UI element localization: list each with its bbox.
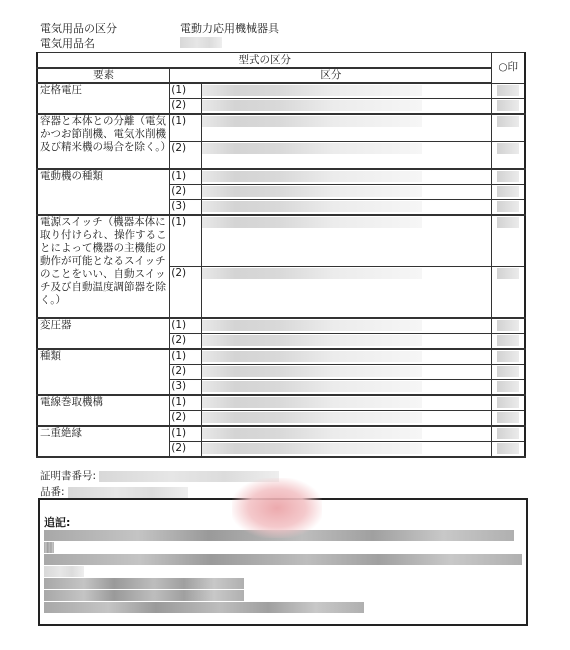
table-row: 二重絶縁(1) xyxy=(37,426,525,442)
item-number: (2) xyxy=(170,267,202,319)
item-number: (2) xyxy=(170,411,202,427)
mark-cell xyxy=(492,267,525,319)
category-value: 電動力応用機械器具 xyxy=(180,20,279,36)
element-cell: 電線巻取機構 xyxy=(37,395,170,426)
element-column-header: 要素 xyxy=(37,68,170,83)
division-value-redacted xyxy=(202,267,492,319)
mark-cell xyxy=(492,169,525,185)
division-value-redacted xyxy=(202,365,492,380)
item-number: (1) xyxy=(170,169,202,185)
item-number: (1) xyxy=(170,426,202,442)
mark-cell xyxy=(492,411,525,427)
division-value-redacted xyxy=(202,83,492,99)
mark-cell xyxy=(492,334,525,350)
division-value-redacted xyxy=(202,185,492,200)
table-row: 容器と本体との分離（電気かつお節削機、電気氷削機及び精米機の場合を除く。）(1) xyxy=(37,114,525,142)
table-row: 電源スイッチ（機器本体に取り付けられ、操作することによって機器の主機能の動作が可… xyxy=(37,215,525,267)
division-value-redacted xyxy=(202,114,492,142)
item-number: (2) xyxy=(170,99,202,115)
division-value-redacted xyxy=(202,426,492,442)
element-cell: 種類 xyxy=(37,349,170,395)
seal-stamp-redacted xyxy=(232,478,322,538)
division-value-redacted xyxy=(202,142,492,170)
table-title: 型式の区分 xyxy=(37,53,492,69)
division-value-redacted xyxy=(202,395,492,411)
division-value-redacted xyxy=(202,334,492,350)
model-classification-table: 型式の区分○印要素区分定格電圧(1)(2)容器と本体との分離（電気かつお節削機、… xyxy=(36,52,526,458)
division-value-redacted xyxy=(202,200,492,216)
category-label: 電気用品の区分 xyxy=(40,20,117,36)
table-row: 定格電圧(1) xyxy=(37,83,525,99)
item-number: (2) xyxy=(170,334,202,350)
item-number: (1) xyxy=(170,318,202,334)
division-value-redacted xyxy=(202,318,492,334)
part-number-row: 品番: xyxy=(40,484,188,499)
mark-cell xyxy=(492,215,525,267)
notes-text-redacted xyxy=(44,578,244,589)
mark-cell xyxy=(492,142,525,170)
mark-cell xyxy=(492,426,525,442)
mark-cell xyxy=(492,200,525,216)
notes-text-redacted xyxy=(44,566,84,577)
item-number: (1) xyxy=(170,395,202,411)
product-name-label: 電気用品名 xyxy=(40,35,95,51)
part-number-redacted xyxy=(68,487,188,498)
mark-column-header: ○印 xyxy=(492,53,525,84)
division-value-redacted xyxy=(202,411,492,427)
element-cell: 二重絶縁 xyxy=(37,426,170,457)
item-number: (1) xyxy=(170,114,202,142)
item-number: (1) xyxy=(170,215,202,267)
item-number: (3) xyxy=(170,380,202,396)
mark-cell xyxy=(492,99,525,115)
item-number: (3) xyxy=(170,200,202,216)
certificate-number-label: 証明書番号: xyxy=(40,470,96,482)
element-cell: 電動機の種類 xyxy=(37,169,170,215)
mark-cell xyxy=(492,442,525,458)
notes-text-redacted xyxy=(44,542,54,553)
mark-cell xyxy=(492,380,525,396)
division-column-header: 区分 xyxy=(170,68,492,83)
mark-cell xyxy=(492,349,525,365)
table-row: 変圧器(1) xyxy=(37,318,525,334)
mark-cell xyxy=(492,83,525,99)
item-number: (2) xyxy=(170,365,202,380)
mark-cell xyxy=(492,318,525,334)
mark-cell xyxy=(492,185,525,200)
division-value-redacted xyxy=(202,442,492,458)
item-number: (1) xyxy=(170,349,202,365)
division-value-redacted xyxy=(202,349,492,365)
notes-text-redacted xyxy=(44,590,244,601)
division-value-redacted xyxy=(202,169,492,185)
table-row: 電動機の種類(1) xyxy=(37,169,525,185)
element-cell: 定格電圧 xyxy=(37,83,170,114)
notes-text-redacted xyxy=(44,602,364,613)
notes-text-redacted xyxy=(44,554,522,565)
product-name-value-redacted xyxy=(180,35,222,48)
table-row: 種類(1) xyxy=(37,349,525,365)
notes-label: 追記: xyxy=(44,514,70,530)
table-row: 電線巻取機構(1) xyxy=(37,395,525,411)
part-number-label: 品番: xyxy=(40,486,65,498)
element-cell: 電源スイッチ（機器本体に取り付けられ、操作することによって機器の主機能の動作が可… xyxy=(37,215,170,318)
item-number: (2) xyxy=(170,142,202,170)
item-number: (2) xyxy=(170,442,202,458)
element-cell: 容器と本体との分離（電気かつお節削機、電気氷削機及び精米機の場合を除く。） xyxy=(37,114,170,169)
division-value-redacted xyxy=(202,99,492,115)
division-value-redacted xyxy=(202,380,492,396)
item-number: (2) xyxy=(170,185,202,200)
mark-cell xyxy=(492,365,525,380)
mark-cell xyxy=(492,395,525,411)
element-cell: 変圧器 xyxy=(37,318,170,349)
item-number: (1) xyxy=(170,83,202,99)
division-value-redacted xyxy=(202,215,492,267)
mark-cell xyxy=(492,114,525,142)
